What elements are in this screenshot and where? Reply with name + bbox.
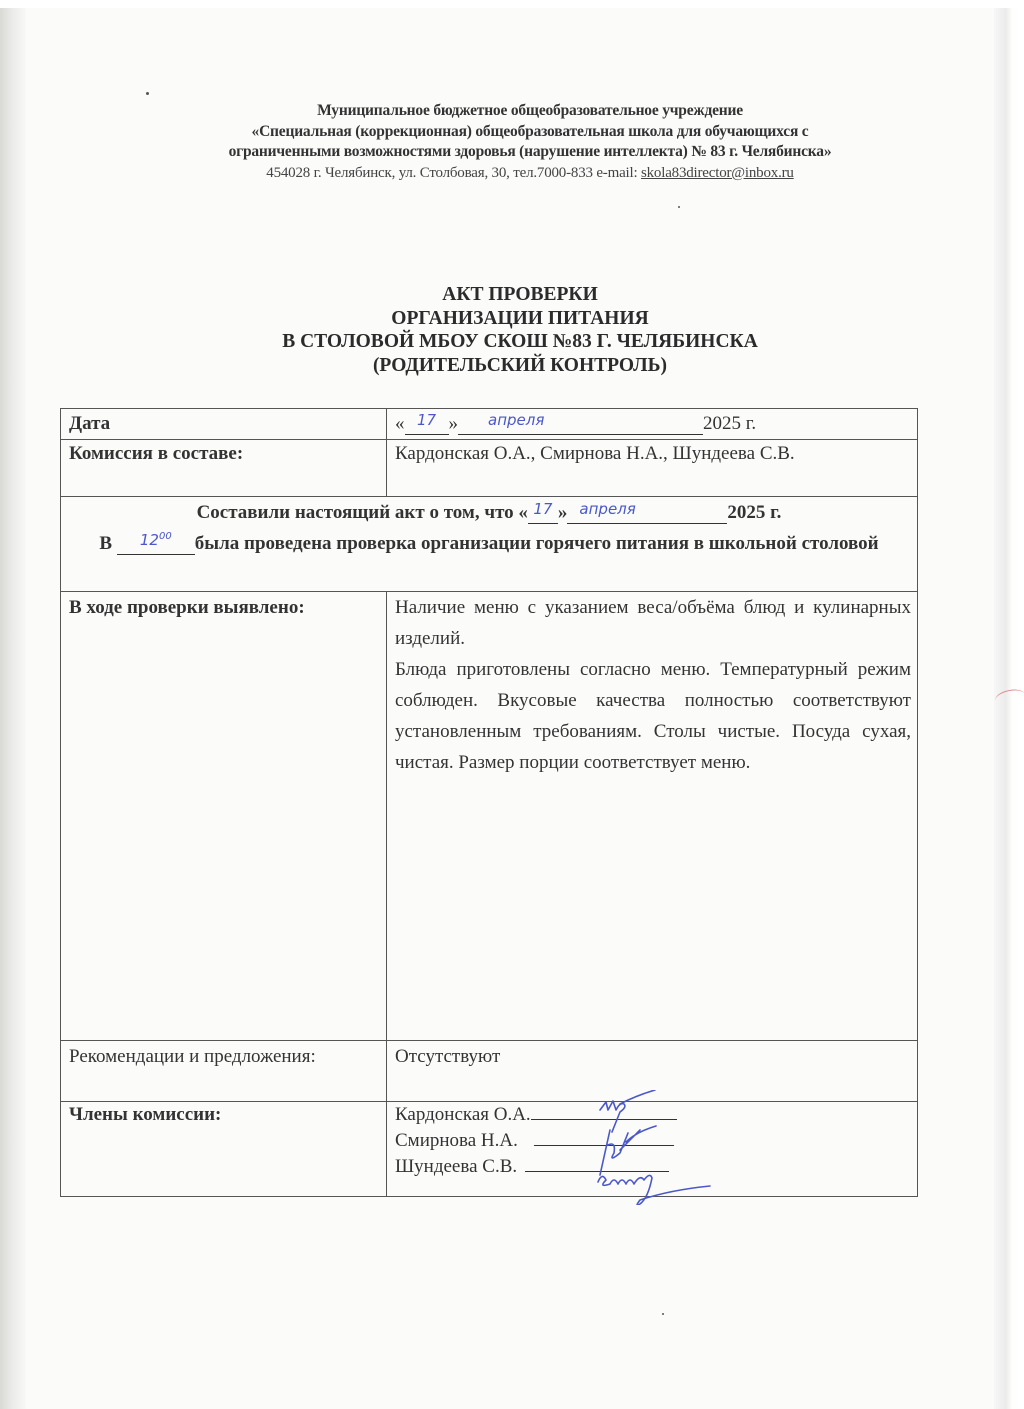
header-address: 454028 г. Челябинск, ул. Столбовая, 30, …	[150, 163, 910, 184]
institution-header: Муниципальное бюджетное общеобразователь…	[150, 101, 910, 183]
members-value: Кардонская О.А. Смирнова Н.А. Шундеева С…	[387, 1102, 918, 1197]
recommendations-label: Рекомендации и предложения:	[61, 1041, 387, 1102]
statement-time-handwritten: 1200	[140, 531, 172, 549]
statement-day-handwritten: 17	[533, 500, 552, 518]
time-hour: 12	[140, 531, 159, 549]
member-name: Кардонская О.А.	[395, 1104, 531, 1125]
date-day-handwritten: 17	[417, 411, 436, 429]
time-minutes: 00	[159, 531, 172, 542]
statement-time-field[interactable]: 1200	[117, 531, 195, 555]
date-day-field[interactable]: 17	[405, 414, 449, 435]
document-title: АКТ ПРОВЕРКИ ОРГАНИЗАЦИИ ПИТАНИЯ В СТОЛО…	[200, 283, 840, 377]
findings-paragraph-2: Блюда приготовлены согласно меню. Темпер…	[395, 654, 911, 778]
statement-day-field[interactable]: 17	[528, 503, 558, 524]
findings-paragraph-1: Наличие меню с указанием веса/объёма блю…	[395, 592, 911, 654]
statement-line-1: Составили настоящий акт о том, что «17»а…	[69, 497, 909, 528]
inspection-act-table: Дата «17»апреля2025 г. Комиссия в состав…	[60, 408, 918, 1197]
statement-prefix: Составили настоящий акт о том, что	[197, 502, 519, 523]
table-row-recommendations: Рекомендации и предложения: Отсутствуют	[61, 1041, 918, 1102]
statement-month-handwritten: апреля	[579, 500, 635, 518]
statement-year: 2025 г.	[727, 502, 781, 523]
scan-speck	[662, 1313, 664, 1315]
table-row-members: Члены комиссии: Кардонская О.А. Смирнова…	[61, 1102, 918, 1197]
signature-field[interactable]	[531, 1103, 677, 1120]
quote-open: «	[518, 502, 528, 523]
member-row: Кардонская О.А.	[395, 1102, 909, 1128]
quote-open: «	[395, 413, 405, 434]
title-line-2: ОРГАНИЗАЦИИ ПИТАНИЯ	[200, 307, 840, 331]
scan-edge-left	[0, 0, 26, 1409]
title-line-4: (РОДИТЕЛЬСКИЙ КОНТРОЛЬ)	[200, 354, 840, 378]
date-month-handwritten: апреля	[488, 411, 544, 429]
commission-label: Комиссия в составе:	[61, 440, 387, 497]
signature-field[interactable]	[534, 1129, 674, 1146]
table-row-statement: Составили настоящий акт о том, что «17»а…	[61, 497, 918, 592]
date-value: «17»апреля2025 г.	[387, 409, 918, 440]
header-line-3: ограниченными возможностями здоровья (на…	[150, 142, 910, 163]
scan-speck	[146, 92, 149, 95]
date-year: 2025 г.	[703, 413, 756, 434]
email-link[interactable]: skola83director@inbox.ru	[641, 165, 794, 181]
scan-edge-top	[0, 0, 1024, 8]
findings-label: В ходе проверки выявлено:	[61, 592, 387, 1041]
statement-line-2: В 1200была проведена проверка организаци…	[69, 528, 909, 559]
table-row-date: Дата «17»апреля2025 г.	[61, 409, 918, 440]
signature-field[interactable]	[525, 1155, 669, 1172]
table-row-commission: Комиссия в составе: Кардонская О.А., Сми…	[61, 440, 918, 497]
statement-suffix: была проведена проверка организации горя…	[195, 533, 879, 554]
member-row: Шундеева С.В.	[395, 1154, 909, 1180]
member-row: Смирнова Н.А.	[395, 1128, 909, 1154]
date-label: Дата	[61, 409, 387, 440]
date-month-field[interactable]: апреля	[458, 414, 703, 435]
address-text: 454028 г. Челябинск, ул. Столбовая, 30, …	[266, 165, 641, 181]
member-name: Шундеева С.В.	[395, 1156, 517, 1177]
members-label: Члены комиссии:	[61, 1102, 387, 1197]
findings-value: Наличие меню с указанием веса/объёма блю…	[387, 592, 918, 1041]
member-name: Смирнова Н.А.	[395, 1130, 518, 1151]
header-line-2: «Специальная (коррекционная) общеобразов…	[150, 122, 910, 143]
commission-value: Кардонская О.А., Смирнова Н.А., Шундеева…	[387, 440, 918, 497]
statement-time-prefix: В	[99, 533, 116, 554]
recommendations-value: Отсутствуют	[387, 1041, 918, 1102]
quote-close: »	[558, 502, 568, 523]
table-row-findings: В ходе проверки выявлено: Наличие меню с…	[61, 592, 918, 1041]
header-line-1: Муниципальное бюджетное общеобразователь…	[150, 101, 910, 122]
quote-close: »	[449, 413, 459, 434]
statement-month-field[interactable]: апреля	[567, 503, 727, 524]
title-line-3: В СТОЛОВОЙ МБОУ СКОШ №83 Г. ЧЕЛЯБИНСКА	[200, 330, 840, 354]
statement-cell: Составили настоящий акт о том, что «17»а…	[61, 497, 918, 592]
scan-speck	[678, 206, 680, 208]
title-line-1: АКТ ПРОВЕРКИ	[200, 283, 840, 307]
